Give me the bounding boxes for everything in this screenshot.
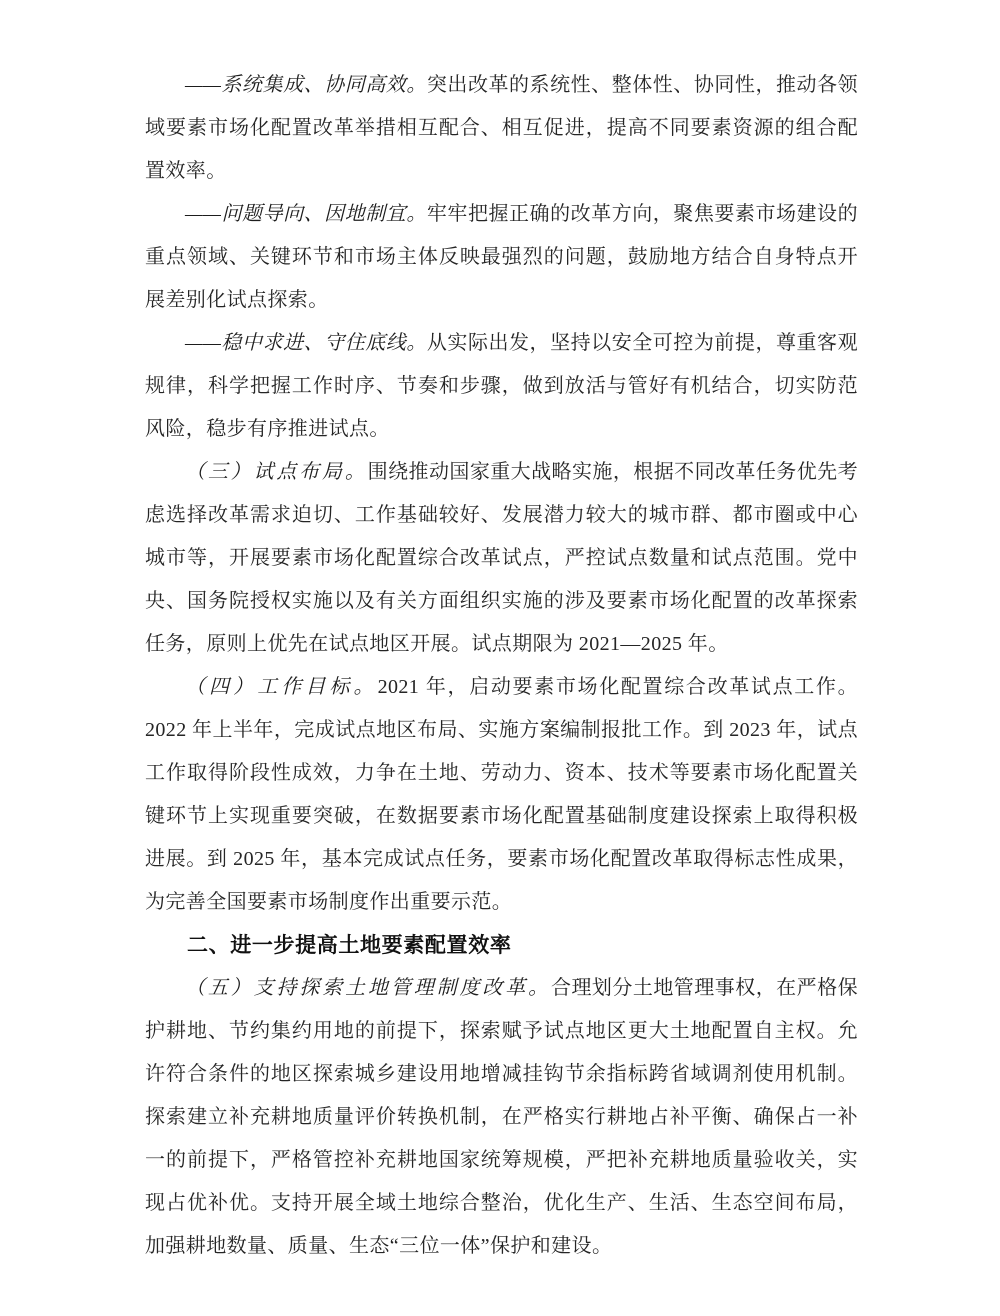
document-page: ——系统集成、协同高效。突出改革的系统性、整体性、协同性，推动各领域要素市场化配… (0, 0, 1000, 1316)
section-heading-land-allocation: 二、进一步提高土地要素配置效率 (145, 924, 858, 967)
paragraph-text: 2021 年，启动要素市场化配置综合改革试点工作。2022 年上半年，完成试点地… (145, 676, 858, 913)
paragraph-principle-problem-oriented: ——问题导向、因地制宜。牢牢把握正确的改革方向，聚焦要素市场建设的重点领域、关键… (145, 193, 858, 322)
paragraph-text: 围绕推动国家重大战略实施，根据不同改革任务优先考虑选择改革需求迫切、工作基础较好… (145, 461, 858, 655)
paragraph-text: 合理划分土地管理事权，在严格保护耕地、节约集约用地的前提下，探索赋予试点地区更大… (145, 977, 858, 1257)
paragraph-lead: ——稳中求进、守住底线。 (185, 332, 427, 354)
paragraph-lead: ——问题导向、因地制宜。 (185, 203, 427, 225)
paragraph-item-5-land-management-reform: （五）支持探索土地管理制度改革。合理划分土地管理事权，在严格保护耕地、节约集约用… (145, 967, 858, 1268)
paragraph-principle-steady-progress: ——稳中求进、守住底线。从实际出发，坚持以安全可控为前提，尊重客观规律，科学把握… (145, 322, 858, 451)
paragraph-lead: （四）工作目标。 (185, 676, 378, 698)
paragraph-lead: ——系统集成、协同高效。 (185, 74, 427, 96)
paragraph-item-4-work-goals: （四）工作目标。2021 年，启动要素市场化配置综合改革试点工作。2022 年上… (145, 666, 858, 924)
document-body: ——系统集成、协同高效。突出改革的系统性、整体性、协同性，推动各领域要素市场化配… (145, 64, 858, 1268)
paragraph-lead: （五）支持探索土地管理制度改革。 (185, 977, 551, 999)
paragraph-lead: （三）试点布局。 (185, 461, 368, 483)
paragraph-item-3-pilot-layout: （三）试点布局。围绕推动国家重大战略实施，根据不同改革任务优先考虑选择改革需求迫… (145, 451, 858, 666)
paragraph-principle-system-integration: ——系统集成、协同高效。突出改革的系统性、整体性、协同性，推动各领域要素市场化配… (145, 64, 858, 193)
